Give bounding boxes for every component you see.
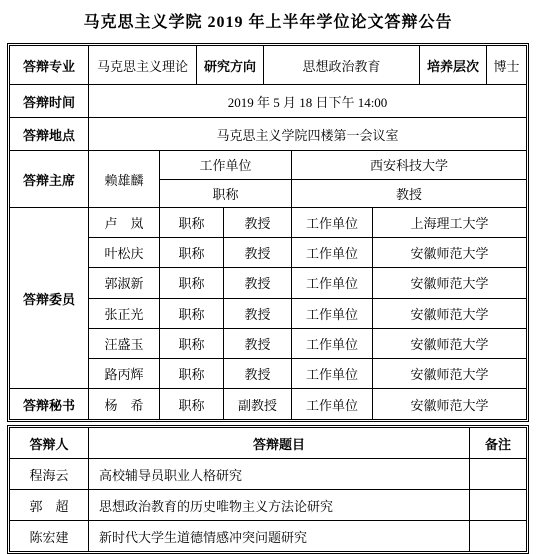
chair-label: 答辩主席 <box>10 151 89 207</box>
defense-note <box>470 459 526 489</box>
secretary-unit-value: 安徽师范大学 <box>373 389 526 419</box>
committee-member-row: 路丙辉 职称 教授 工作单位 安徽师范大学 <box>89 359 526 388</box>
member-unit-label: 工作单位 <box>292 359 373 388</box>
member-name: 路丙辉 <box>89 359 160 388</box>
member-title-value: 教授 <box>224 359 292 388</box>
major-value: 马克思主义理论 <box>89 46 197 84</box>
direction-label: 研究方向 <box>197 46 264 84</box>
secretary-row: 答辩秘书 杨 希 职称 副教授 工作单位 安徽师范大学 <box>10 389 526 419</box>
chair-title-label: 职称 <box>160 180 292 208</box>
member-name: 郭淑新 <box>89 268 160 297</box>
member-title-value: 教授 <box>224 329 292 358</box>
place-value: 马克思主义学院四楼第一会议室 <box>89 118 526 150</box>
secretary-name: 杨 希 <box>89 389 160 419</box>
member-unit-label: 工作单位 <box>292 268 373 297</box>
committee-label: 答辩委员 <box>10 208 89 388</box>
member-unit-label: 工作单位 <box>292 329 373 358</box>
member-title-label: 职称 <box>160 238 224 267</box>
chair-unit-value: 西安科技大学 <box>292 151 526 179</box>
note-header: 备注 <box>470 428 526 458</box>
time-value: 2019 年 5 月 18 日下午 14:00 <box>89 85 526 117</box>
page-title: 马克思主义学院 2019 年上半年学位论文答辩公告 <box>7 8 529 38</box>
member-name: 张正光 <box>89 299 160 328</box>
committee-member-row: 郭淑新 职称 教授 工作单位 安徽师范大学 <box>89 268 526 298</box>
member-unit-label: 工作单位 <box>292 299 373 328</box>
level-value: 博士 <box>487 46 526 84</box>
announcement-page: 马克思主义学院 2019 年上半年学位论文答辩公告 答辩专业 马克思主义理论 研… <box>0 0 536 531</box>
committee-members: 卢 岚 职称 教授 工作单位 上海理工大学 叶松庆 职称 教授 工作单位 安徽师… <box>89 208 526 388</box>
person-header: 答辩人 <box>10 428 89 458</box>
info-table: 答辩专业 马克思主义理论 研究方向 思想政治教育 培养层次 博士 答辩时间 20… <box>7 43 529 422</box>
member-unit-value: 安徽师范大学 <box>373 299 526 328</box>
place-label: 答辩地点 <box>10 118 89 150</box>
defense-note <box>470 521 526 551</box>
committee-member-row: 卢 岚 职称 教授 工作单位 上海理工大学 <box>89 208 526 238</box>
secretary-title-label: 职称 <box>160 389 224 419</box>
level-label: 培养层次 <box>420 46 487 84</box>
member-title-label: 职称 <box>160 268 224 297</box>
defense-row: 郭 超 思想政治教育的历史唯物主义方法论研究 <box>10 490 526 521</box>
defense-person: 郭 超 <box>10 490 89 520</box>
member-unit-value: 安徽师范大学 <box>373 329 526 358</box>
place-row: 答辩地点 马克思主义学院四楼第一会议室 <box>10 118 526 151</box>
direction-value: 思想政治教育 <box>264 46 420 84</box>
member-name: 叶松庆 <box>89 238 160 267</box>
defense-topic: 思想政治教育的历史唯物主义方法论研究 <box>89 490 470 520</box>
member-title-label: 职称 <box>160 299 224 328</box>
member-unit-value: 上海理工大学 <box>373 208 526 237</box>
committee-member-row: 张正光 职称 教授 工作单位 安徽师范大学 <box>89 299 526 329</box>
defense-person: 程海云 <box>10 459 89 489</box>
chair-unit-label: 工作单位 <box>160 151 292 179</box>
defense-person: 陈宏建 <box>10 521 89 551</box>
member-title-value: 教授 <box>224 268 292 297</box>
member-title-label: 职称 <box>160 329 224 358</box>
defense-topic: 新时代大学生道德情感冲突问题研究 <box>89 521 470 551</box>
chair-name: 赖雄麟 <box>89 151 160 207</box>
member-unit-label: 工作单位 <box>292 208 373 237</box>
chair-row: 答辩主席 赖雄麟 工作单位 西安科技大学 职称 教授 <box>10 151 526 208</box>
member-unit-value: 安徽师范大学 <box>373 268 526 297</box>
member-unit-label: 工作单位 <box>292 238 373 267</box>
major-label: 答辩专业 <box>10 46 89 84</box>
chair-details: 工作单位 西安科技大学 职称 教授 <box>160 151 526 207</box>
committee-member-row: 叶松庆 职称 教授 工作单位 安徽师范大学 <box>89 238 526 268</box>
time-label: 答辩时间 <box>10 85 89 117</box>
member-unit-value: 安徽师范大学 <box>373 359 526 388</box>
defense-row: 程海云 高校辅导员职业人格研究 <box>10 459 526 490</box>
member-name: 汪盛玉 <box>89 329 160 358</box>
defense-topic: 高校辅导员职业人格研究 <box>89 459 470 489</box>
secretary-unit-label: 工作单位 <box>292 389 373 419</box>
member-title-value: 教授 <box>224 238 292 267</box>
member-title-value: 教授 <box>224 208 292 237</box>
chair-unit-subrow: 工作单位 西安科技大学 <box>160 151 526 180</box>
topic-header: 答辩题目 <box>89 428 470 458</box>
defense-row: 陈宏建 新时代大学生道德情感冲突问题研究 <box>10 521 526 551</box>
chair-title-subrow: 职称 教授 <box>160 180 526 208</box>
committee-row: 答辩委员 卢 岚 职称 教授 工作单位 上海理工大学 叶松庆 职称 教授 工作单… <box>10 208 526 389</box>
chair-title-value: 教授 <box>292 180 526 208</box>
member-unit-value: 安徽师范大学 <box>373 238 526 267</box>
time-row: 答辩时间 2019 年 5 月 18 日下午 14:00 <box>10 85 526 118</box>
defense-table: 答辩人 答辩题目 备注 程海云 高校辅导员职业人格研究 郭 超 思想政治教育的历… <box>7 425 529 554</box>
committee-member-row: 汪盛玉 职称 教授 工作单位 安徽师范大学 <box>89 329 526 359</box>
secretary-title-value: 副教授 <box>224 389 292 419</box>
member-name: 卢 岚 <box>89 208 160 237</box>
member-title-label: 职称 <box>160 359 224 388</box>
major-row: 答辩专业 马克思主义理论 研究方向 思想政治教育 培养层次 博士 <box>10 46 526 85</box>
member-title-label: 职称 <box>160 208 224 237</box>
defense-header-row: 答辩人 答辩题目 备注 <box>10 428 526 459</box>
secretary-label: 答辩秘书 <box>10 389 89 419</box>
member-title-value: 教授 <box>224 299 292 328</box>
defense-note <box>470 490 526 520</box>
